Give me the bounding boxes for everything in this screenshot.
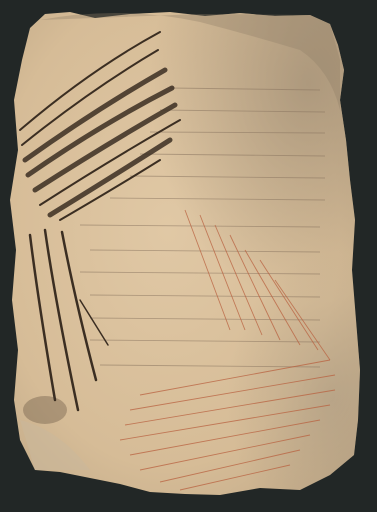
manuscript-page [0,0,377,512]
photo-stage [0,0,377,512]
